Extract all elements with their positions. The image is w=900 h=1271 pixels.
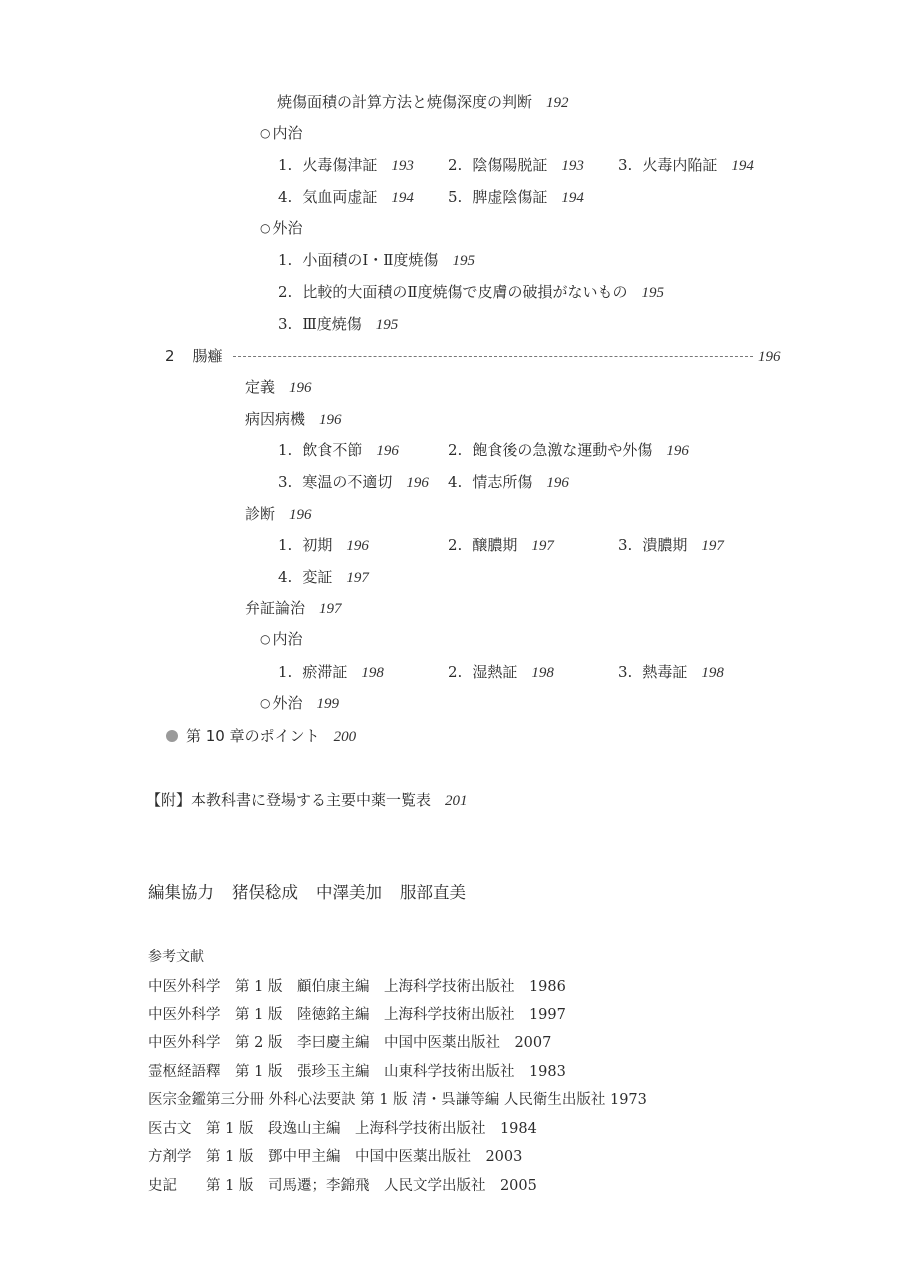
toc-item[interactable]: 3.潰膿期197 (618, 535, 724, 556)
page-number: 197 (701, 538, 724, 554)
toc-item[interactable]: 2.飽食後の急激な運動や外傷196 (448, 440, 689, 461)
page-number: 196 (289, 507, 312, 523)
heading-label: 内治 (272, 124, 302, 142)
toc-item[interactable]: 3.火毒内陥証194 (618, 155, 754, 176)
circle-bullet-icon: ○ (260, 221, 270, 235)
item-number: 1. (278, 251, 292, 269)
editorial-credits: 編集協力猪俣稔成中澤美加服部直美 (148, 883, 466, 903)
toc-heading-external[interactable]: ○外治199 (260, 693, 339, 714)
toc-item[interactable]: 1.火毒傷津証193 (278, 155, 414, 176)
item-label: 熱毒証 (642, 663, 687, 681)
toc-item[interactable]: 3.熱毒証198 (618, 662, 724, 683)
page-number: 194 (391, 190, 414, 206)
circle-bullet-icon: ○ (260, 632, 270, 646)
reference-item: 中医外科学 第 2 版 李曰慶主編 中国中医薬出版社 2007 (148, 1033, 551, 1053)
reference-item: 中医外科学 第 1 版 陸徳銘主編 上海科学技術出版社 1997 (148, 1005, 566, 1025)
toc-item[interactable]: 1.飲食不節196 (278, 440, 399, 461)
toc-item[interactable]: 1.小面積のⅠ・Ⅱ度焼傷195 (278, 250, 475, 271)
item-label: 比較的大面積のⅡ度焼傷で皮膚の破損がないもの (302, 283, 627, 301)
item-label: 気血両虚証 (302, 188, 377, 206)
toc-item[interactable]: 1.初期196 (278, 535, 369, 556)
item-number: 3. (278, 315, 292, 333)
item-label: 脾虚陰傷証 (472, 188, 547, 206)
toc-heading-external[interactable]: ○外治 (260, 218, 303, 239)
reference-item: 史記 第 1 版 司馬遷；李錦飛 人民文学出版社 2005 (148, 1176, 537, 1196)
reference-item: 中医外科学 第 1 版 顧伯康主編 上海科学技術出版社 1986 (148, 977, 566, 997)
item-label: 寒温の不適切 (302, 473, 392, 491)
toc-item[interactable]: 1.瘀滞証198 (278, 662, 384, 683)
page-number: 196 (758, 349, 781, 365)
page-number: 198 (531, 665, 554, 681)
page-number: 195 (452, 253, 475, 269)
circle-bullet-icon: ○ (260, 126, 270, 140)
page-number: 196 (319, 412, 342, 428)
item-label: 火毒傷津証 (302, 156, 377, 174)
entry-label: 第 10 章のポイント (186, 727, 320, 745)
chapter-points-entry[interactable]: 第 10 章のポイント200 (166, 726, 356, 747)
toc-item[interactable]: 2.湿熱証198 (448, 662, 554, 683)
references-heading: 参考文献 (148, 947, 204, 967)
page-number: 194 (561, 190, 584, 206)
toc-heading-internal[interactable]: ○内治 (260, 629, 303, 650)
item-label: 初期 (302, 536, 332, 554)
item-number: 3. (278, 473, 292, 491)
item-label: 瘀滞証 (302, 663, 347, 681)
entry-label: 焼傷面積の計算方法と焼傷深度の判断 (277, 93, 532, 111)
editor-name: 服部直美 (400, 883, 466, 902)
page-number: 196 (666, 443, 689, 459)
page-number: 198 (361, 665, 384, 681)
reference-item: 医古文 第 1 版 段逸山主編 上海科学技術出版社 1984 (148, 1119, 537, 1139)
item-number: 1. (278, 441, 292, 459)
item-number: 4. (278, 188, 292, 206)
item-number: 1. (278, 663, 292, 681)
toc-entry-diagnosis[interactable]: 診断196 (245, 504, 312, 525)
page-number: 197 (346, 570, 369, 586)
item-number: 3. (618, 536, 632, 554)
item-number: 1. (278, 536, 292, 554)
toc-item[interactable]: 3.Ⅲ度焼傷195 (278, 314, 398, 335)
page-number: 195 (642, 285, 665, 301)
item-number: 4. (448, 473, 462, 491)
item-label: 火毒内陥証 (642, 156, 717, 174)
entry-label: 病因病機 (245, 410, 305, 428)
page-number: 194 (731, 158, 754, 174)
item-label: 潰膿期 (642, 536, 687, 554)
page-number: 196 (346, 538, 369, 554)
heading-label: 内治 (272, 630, 302, 648)
item-label: 陰傷陽脱証 (472, 156, 547, 174)
editor-name: 中澤美加 (316, 883, 382, 902)
section-number: 2 (165, 347, 175, 365)
item-number: 2. (448, 156, 462, 174)
item-label: 変証 (302, 568, 332, 586)
page-number: 196 (406, 475, 429, 491)
reference-item: 霊枢経語釋 第 1 版 張珍玉主編 山東科学技術出版社 1983 (148, 1062, 566, 1082)
entry-label: 【附】本教科書に登場する主要中薬一覧表 (146, 791, 431, 809)
page-number: 200 (334, 729, 357, 745)
item-number: 4. (278, 568, 292, 586)
page-number: 196 (546, 475, 569, 491)
item-label: 小面積のⅠ・Ⅱ度焼傷 (302, 251, 438, 269)
toc-entry-definition[interactable]: 定義196 (245, 377, 312, 398)
page-number: 197 (319, 601, 342, 617)
page-number: 199 (317, 696, 340, 712)
entry-label: 診断 (245, 505, 275, 523)
heading-label: 外治 (272, 219, 302, 237)
item-number: 2. (278, 283, 292, 301)
item-number: 5. (448, 188, 462, 206)
page-number: 198 (701, 665, 724, 681)
circle-bullet-icon: ○ (260, 696, 270, 710)
page-number: 201 (445, 793, 468, 809)
page-number: 192 (546, 95, 569, 111)
item-number: 2. (448, 663, 462, 681)
toc-entry-area-calc[interactable]: 焼傷面積の計算方法と焼傷深度の判断192 (277, 92, 569, 113)
page-number: 196 (289, 380, 312, 396)
page-number: 193 (561, 158, 584, 174)
dotted-leader (233, 356, 753, 357)
item-label: 情志所傷 (472, 473, 532, 491)
item-number: 3. (618, 663, 632, 681)
entry-label: 定義 (245, 378, 275, 396)
toc-item[interactable]: 5.脾虚陰傷証194 (448, 187, 584, 208)
filled-circle-bullet-icon (166, 730, 178, 742)
editor-name: 猪俣稔成 (232, 883, 298, 902)
reference-item: 方剤学 第 1 版 鄧中甲主編 中国中医薬出版社 2003 (148, 1147, 522, 1167)
item-label: 飲食不節 (302, 441, 362, 459)
toc-item[interactable]: 4.情志所傷196 (448, 472, 569, 493)
toc-entry-treatment[interactable]: 弁証論治197 (245, 598, 342, 619)
section-heading[interactable]: 2腸癰 (165, 346, 223, 366)
toc-item[interactable]: 4.気血両虚証194 (278, 187, 414, 208)
entry-label: 弁証論治 (245, 599, 305, 617)
toc-item[interactable]: 2.比較的大面積のⅡ度焼傷で皮膚の破損がないもの195 (278, 282, 664, 303)
credits-label: 編集協力 (148, 883, 214, 902)
page-number: 196 (376, 443, 399, 459)
toc-item[interactable]: 2.醸膿期197 (448, 535, 554, 556)
toc-heading-internal[interactable]: ○内治 (260, 123, 303, 144)
appendix-entry[interactable]: 【附】本教科書に登場する主要中薬一覧表201 (146, 790, 468, 811)
toc-item[interactable]: 3.寒温の不適切196 (278, 472, 429, 493)
page-number: 197 (531, 538, 554, 554)
item-number: 2. (448, 441, 462, 459)
section-page: 196 (758, 346, 781, 367)
toc-item[interactable]: 4.変証197 (278, 567, 369, 588)
item-label: 飽食後の急激な運動や外傷 (472, 441, 652, 459)
item-number: 1. (278, 156, 292, 174)
item-label: 醸膿期 (472, 536, 517, 554)
section-title: 腸癰 (193, 347, 223, 365)
page-number: 195 (376, 317, 399, 333)
item-number: 3. (618, 156, 632, 174)
item-label: Ⅲ度焼傷 (302, 315, 361, 333)
item-number: 2. (448, 536, 462, 554)
page-number: 193 (391, 158, 414, 174)
heading-label: 外治 (272, 694, 302, 712)
item-label: 湿熱証 (472, 663, 517, 681)
toc-item[interactable]: 2.陰傷陽脱証193 (448, 155, 584, 176)
toc-entry-etiology[interactable]: 病因病機196 (245, 409, 342, 430)
reference-item: 医宗金鑑第三分冊 外科心法要訣 第 1 版 清・呉謙等編 人民衛生出版社 197… (148, 1090, 647, 1110)
